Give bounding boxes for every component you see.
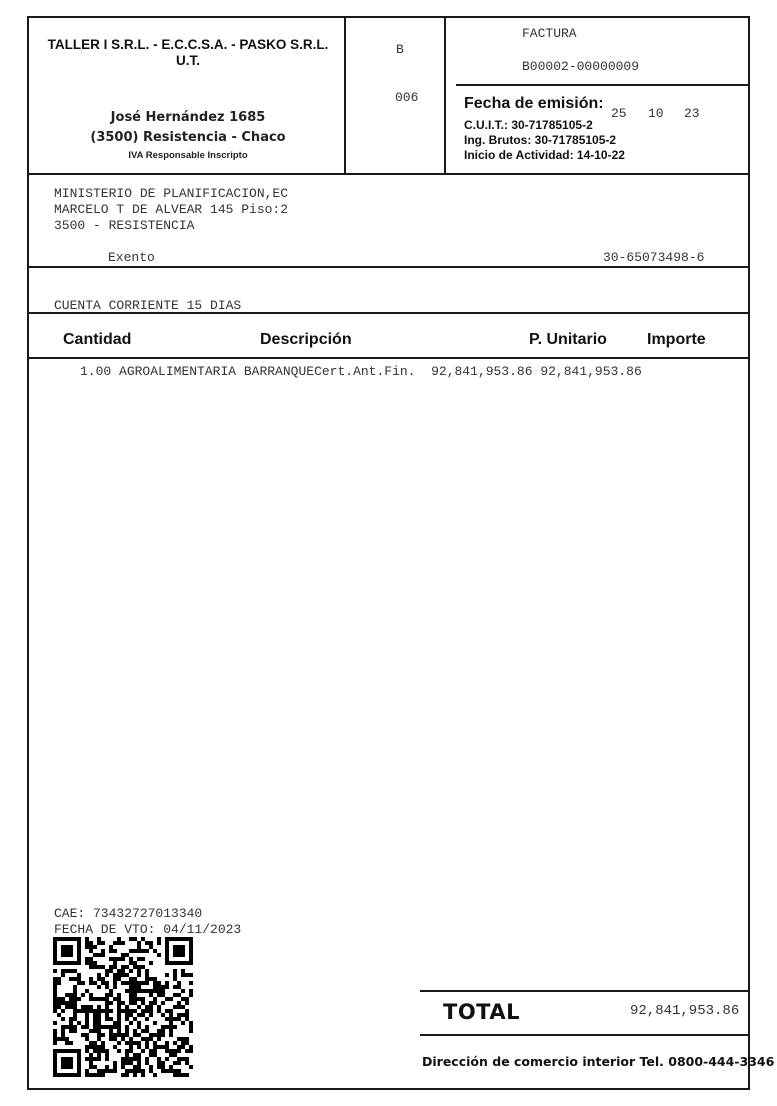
client-bottom-line [27, 266, 748, 268]
qr-code-icon [53, 937, 193, 1077]
invoice-number: B00002-00000009 [522, 59, 639, 74]
issue-date-day: 25 [611, 106, 627, 121]
client-tax-condition: Exento [108, 250, 155, 265]
payment-terms: CUENTA CORRIENTE 15 DIAS [54, 298, 241, 313]
invoice-type: FACTURA [522, 26, 577, 41]
col-header-amount: Importe [647, 331, 706, 349]
row-description: AGROALIMENTARIA BARRANQUECert.Ant.Fin. [119, 364, 415, 379]
client-city: 3500 - RESISTENCIA [54, 218, 194, 233]
header-bottom-line [27, 173, 748, 175]
total-top-line [420, 990, 748, 992]
row-quantity: 1.00 [80, 364, 111, 379]
total-bottom-line [420, 1034, 748, 1036]
row-unit-price: 92,841,953.86 [431, 364, 532, 379]
issue-date-year: 23 [684, 106, 700, 121]
client-cuit: 30-65073498-6 [603, 250, 704, 265]
issuer-cuit: C.U.I.T.: 30-71785105-2 [464, 118, 593, 132]
table-header-bottom-line [27, 357, 748, 359]
header-divider-right [444, 16, 446, 174]
cae-due-date: FECHA DE VTO: 04/11/2023 [54, 922, 241, 937]
invoice-letter: B [396, 42, 404, 57]
col-header-unit-price: P. Unitario [529, 331, 607, 349]
issuer-inicio-actividad: Inicio de Actividad: 14-10-22 [464, 148, 625, 162]
invoice-code: 006 [395, 90, 418, 105]
issue-date-label: Fecha de emisión: [464, 95, 604, 113]
issuer-name-line1: TALLER I S.R.L. - E.C.C.S.A. - PASKO S.R… [29, 37, 347, 53]
row-amount: 92,841,953.86 [540, 364, 641, 379]
total-label: TOTAL [443, 1000, 520, 1024]
col-header-quantity: Cantidad [63, 331, 131, 349]
client-address: MARCELO T DE ALVEAR 145 Piso:2 [54, 202, 288, 217]
col-header-description: Descripción [260, 331, 352, 349]
total-value: 92,841,953.86 [630, 1003, 739, 1019]
cae-number: CAE: 73432727013340 [54, 906, 202, 921]
issuer-address-line2: (3500) Resistencia - Chaco [29, 130, 347, 145]
header-right-divider [456, 84, 748, 86]
table-row: 1.00 AGROALIMENTARIA BARRANQUECert.Ant.F… [80, 362, 642, 380]
issuer-address-line1: José Hernández 1685 [29, 110, 347, 125]
client-name: MINISTERIO DE PLANIFICACION,EC [54, 186, 288, 201]
footer-consumer-note: Dirección de comercio interior Tel. 0800… [422, 1054, 774, 1069]
issue-date-month: 10 [648, 106, 664, 121]
issuer-ing-brutos: Ing. Brutos: 30-71785105-2 [464, 133, 616, 147]
issuer-name: TALLER I S.R.L. - E.C.C.S.A. - PASKO S.R… [29, 37, 347, 69]
issuer-name-line2: U.T. [29, 53, 347, 69]
issuer-tax-condition: IVA Responsable Inscripto [29, 150, 347, 161]
